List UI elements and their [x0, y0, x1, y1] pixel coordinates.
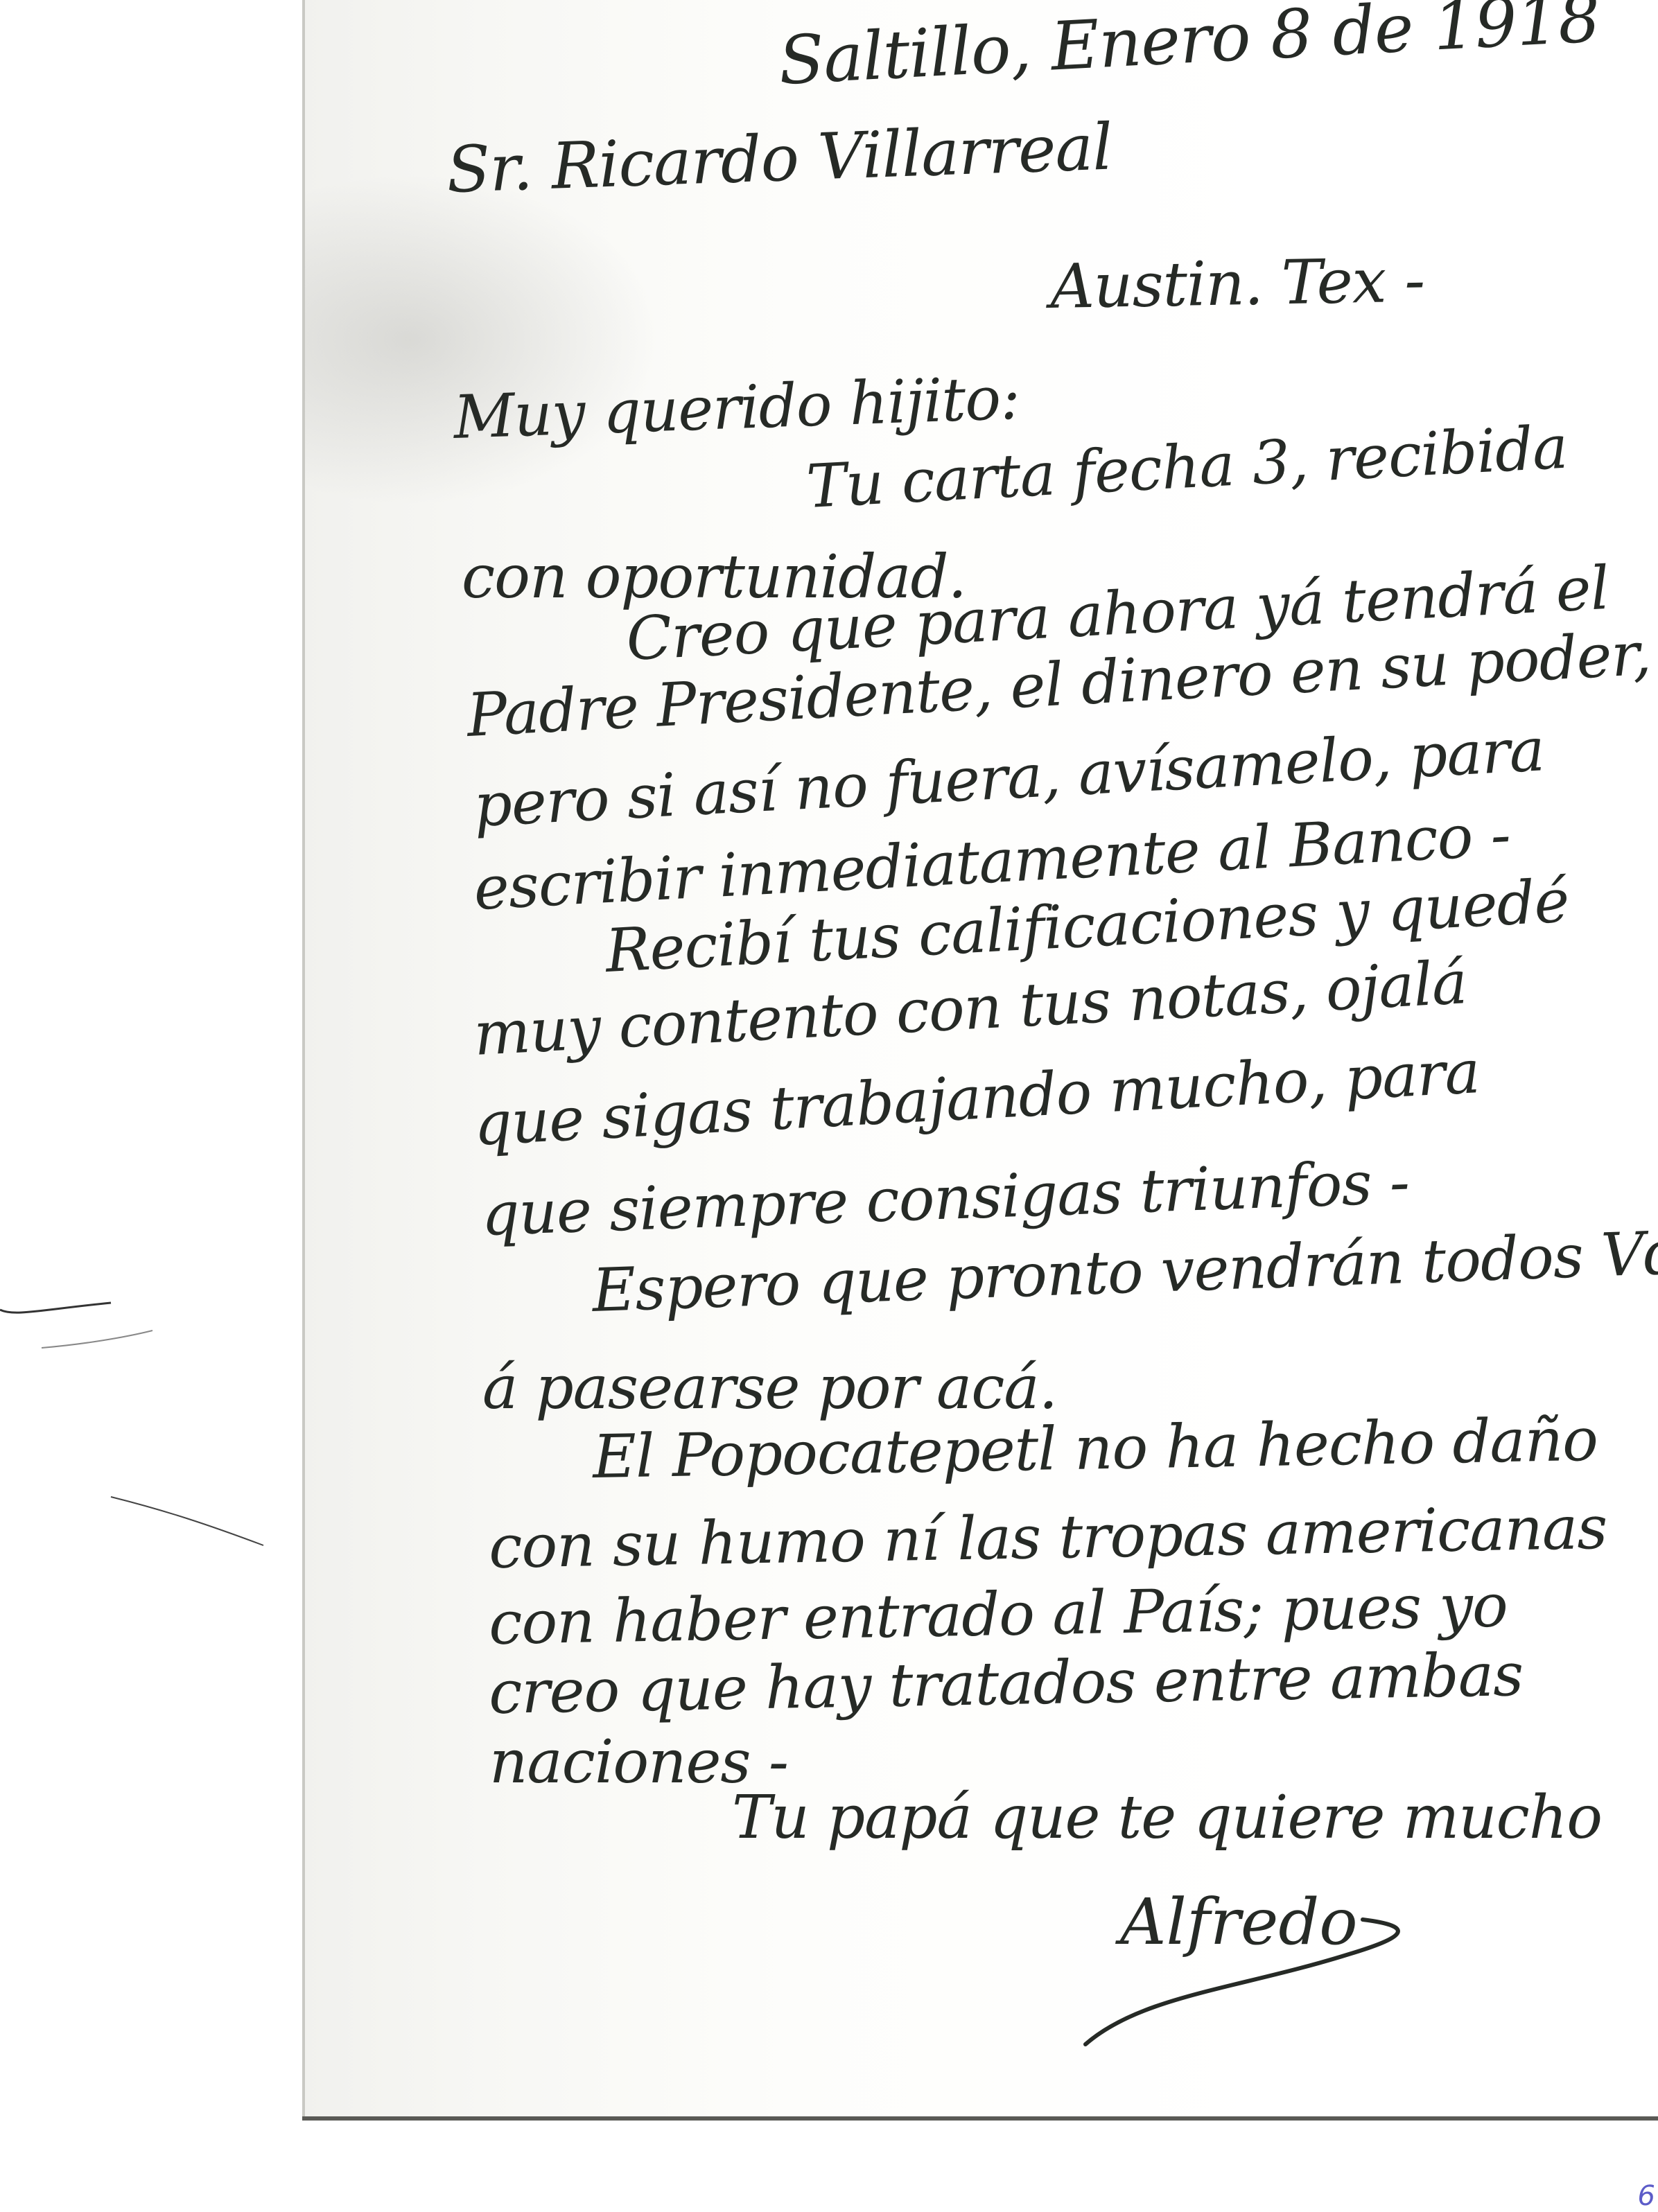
addressee-name: Sr. Ricardo Villarreal: [446, 116, 1113, 202]
letter-line-15: con haber entrado al País; pues yo: [488, 1576, 1508, 1653]
page-number: 6: [1638, 2180, 1655, 2212]
letter-place-date: Saltillo, Enero 8 de 1918: [777, 0, 1601, 94]
salutation: Muy querido hijito:: [453, 369, 1020, 448]
letter-line-10: que siempre consigas triunfos -: [480, 1152, 1410, 1245]
letter-closing: Tu papá que te quiere mucho: [732, 1788, 1602, 1847]
margin-pen-mark: [0, 1268, 166, 1351]
letter-line-12: á pasearse por acá.: [482, 1358, 1057, 1418]
letter-line-13: El Popocatepetl no ha hecho daño: [592, 1410, 1598, 1487]
addressee-location: Austin. Tex -: [1049, 250, 1424, 317]
letter-line-14: con su humo ní las tropas americanas: [488, 1498, 1607, 1577]
signature-flourish: [1058, 1913, 1446, 2051]
margin-pen-mark: [104, 1490, 270, 1559]
letter-page: Saltillo, Enero 8 de 1918 Sr. Ricardo Vi…: [302, 0, 1658, 2121]
letter-line-16: creo que hay tratados entre ambas: [488, 1645, 1523, 1723]
